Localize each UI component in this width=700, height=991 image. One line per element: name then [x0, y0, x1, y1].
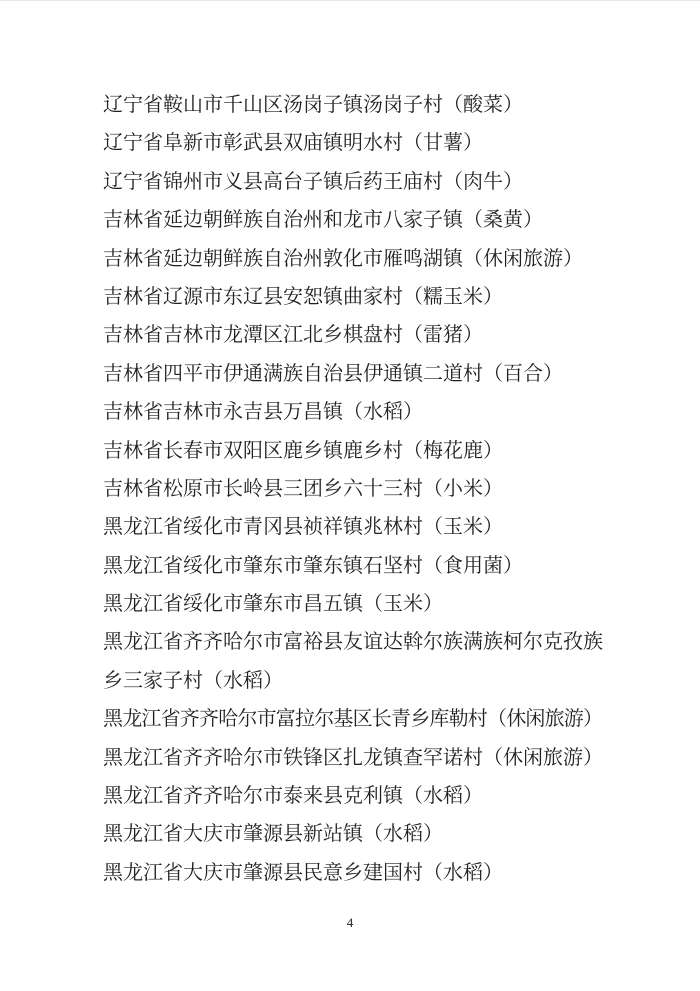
document-line: 吉林省吉林市龙潭区江北乡棋盘村（雷猪）	[103, 316, 600, 354]
document-line: 黑龙江省齐齐哈尔市富裕县友谊达斡尔族满族柯尔克孜族	[103, 623, 600, 661]
text-block: 辽宁省鞍山市千山区汤岗子镇汤岗子村（酸菜）辽宁省阜新市彰武县双庙镇明水村（甘薯）…	[103, 86, 600, 892]
document-line: 吉林省松原市长岭县三团乡六十三村（小米）	[103, 470, 600, 508]
document-line: 吉林省辽源市东辽县安恕镇曲家村（糯玉米）	[103, 278, 600, 316]
document-line: 黑龙江省齐齐哈尔市泰来县克利镇（水稻）	[103, 777, 600, 815]
document-line: 黑龙江省绥化市青冈县祯祥镇兆林村（玉米）	[103, 508, 600, 546]
document-line: 乡三家子村（水稻）	[103, 662, 600, 700]
document-line: 吉林省吉林市永吉县万昌镇（水稻）	[103, 393, 600, 431]
document-line: 吉林省四平市伊通满族自治县伊通镇二道村（百合）	[103, 355, 600, 393]
document-line: 吉林省延边朝鲜族自治州敦化市雁鸣湖镇（休闲旅游）	[103, 240, 600, 278]
document-line: 辽宁省阜新市彰武县双庙镇明水村（甘薯）	[103, 124, 600, 162]
document-line: 辽宁省鞍山市千山区汤岗子镇汤岗子村（酸菜）	[103, 86, 600, 124]
page-number: 4	[0, 915, 700, 931]
document-line: 黑龙江省齐齐哈尔市铁锋区扎龙镇查罕诺村（休闲旅游）	[103, 739, 600, 777]
document-line: 吉林省长春市双阳区鹿乡镇鹿乡村（梅花鹿）	[103, 432, 600, 470]
document-line: 吉林省延边朝鲜族自治州和龙市八家子镇（桑黄）	[103, 201, 600, 239]
document-line: 黑龙江省绥化市肇东市肇东镇石坚村（食用菌）	[103, 547, 600, 585]
document-line: 黑龙江省绥化市肇东市昌五镇（玉米）	[103, 585, 600, 623]
document-line: 辽宁省锦州市义县高台子镇后药王庙村（肉牛）	[103, 163, 600, 201]
document-line: 黑龙江省齐齐哈尔市富拉尔基区长青乡库勒村（休闲旅游）	[103, 700, 600, 738]
document-page: 辽宁省鞍山市千山区汤岗子镇汤岗子村（酸菜）辽宁省阜新市彰武县双庙镇明水村（甘薯）…	[0, 0, 700, 991]
document-line: 黑龙江省大庆市肇源县新站镇（水稻）	[103, 815, 600, 853]
document-line: 黑龙江省大庆市肇源县民意乡建国村（水稻）	[103, 854, 600, 892]
